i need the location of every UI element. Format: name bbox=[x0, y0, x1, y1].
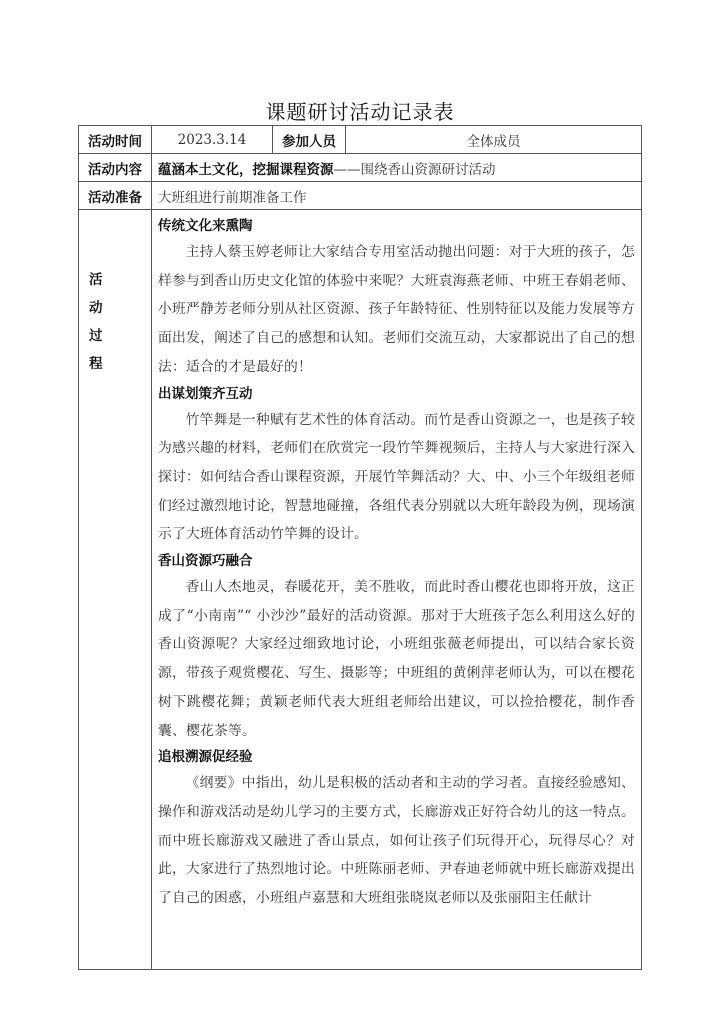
process-label-char: 过 bbox=[89, 322, 145, 350]
row-content: 活动内容 蕴涵本土文化，挖掘课程资源——围绕香山资源研讨活动 bbox=[79, 154, 642, 182]
section-resources: 香山资源巧融合 香山人杰地灵，春暖花开，美不胜收，而此时香山樱花也即将开放，这正… bbox=[158, 549, 635, 745]
prep-label: 活动准备 bbox=[79, 182, 152, 210]
section-text: 竹竿舞是一种赋有艺术性的体育活动。而竹是香山资源之一，也是孩子较为感兴趣的材料，… bbox=[158, 406, 635, 550]
row-preparation: 活动准备 大班组进行前期准备工作 bbox=[79, 182, 642, 210]
section-text: 《纲要》中指出，幼儿是积极的活动者和主动的学习者。直接经验感知、操作和游戏活动是… bbox=[158, 769, 635, 913]
section-text: 主持人蔡玉婷老师让大家结合专用室活动抛出问题：对于大班的孩子，怎样参与到香山历史… bbox=[158, 238, 635, 382]
process-label: 活 动 过 程 bbox=[79, 210, 152, 970]
section-text: 香山人杰地灵，春暖花开，美不胜收，而此时香山樱花也即将开放，这正成了“小南南”“… bbox=[158, 573, 635, 745]
process-content: 传统文化来熏陶 主持人蔡玉婷老师让大家结合专用室活动抛出问题：对于大班的孩子，怎… bbox=[152, 210, 642, 970]
time-value: 2023.3.14 bbox=[152, 126, 273, 154]
content-theme: 蕴涵本土文化，挖掘课程资源 bbox=[158, 162, 334, 178]
content-subtitle: ——围绕香山资源研讨活动 bbox=[334, 162, 496, 178]
section-heading: 传统文化来熏陶 bbox=[158, 214, 635, 238]
section-heading: 追根溯源促经验 bbox=[158, 745, 635, 769]
section-heading: 出谋划策齐互动 bbox=[158, 382, 635, 406]
time-label: 活动时间 bbox=[79, 126, 152, 154]
section-experience: 追根溯源促经验 《纲要》中指出，幼儿是积极的活动者和主动的学习者。直接经验感知、… bbox=[158, 745, 635, 913]
section-heading: 香山资源巧融合 bbox=[158, 549, 635, 573]
content-value: 蕴涵本土文化，挖掘课程资源——围绕香山资源研讨活动 bbox=[152, 154, 642, 182]
row-process: 活 动 过 程 传统文化来熏陶 主持人蔡玉婷老师让大家结合专用室活动抛出问题：对… bbox=[79, 210, 642, 970]
content-label: 活动内容 bbox=[79, 154, 152, 182]
section-culture: 传统文化来熏陶 主持人蔡玉婷老师让大家结合专用室活动抛出问题：对于大班的孩子，怎… bbox=[158, 214, 635, 382]
document-title: 课题研讨活动记录表 bbox=[0, 96, 720, 125]
process-label-char: 活 bbox=[89, 266, 145, 294]
prep-value: 大班组进行前期准备工作 bbox=[152, 182, 642, 210]
process-label-char: 动 bbox=[89, 294, 145, 322]
record-table: 活动时间 2023.3.14 参加人员 全体成员 活动内容 蕴涵本土文化，挖掘课… bbox=[78, 125, 642, 970]
row-time-participants: 活动时间 2023.3.14 参加人员 全体成员 bbox=[79, 126, 642, 154]
participants-value: 全体成员 bbox=[346, 126, 642, 154]
process-label-char: 程 bbox=[89, 350, 145, 378]
section-interaction: 出谋划策齐互动 竹竿舞是一种赋有艺术性的体育活动。而竹是香山资源之一，也是孩子较… bbox=[158, 382, 635, 550]
participants-label: 参加人员 bbox=[273, 126, 346, 154]
